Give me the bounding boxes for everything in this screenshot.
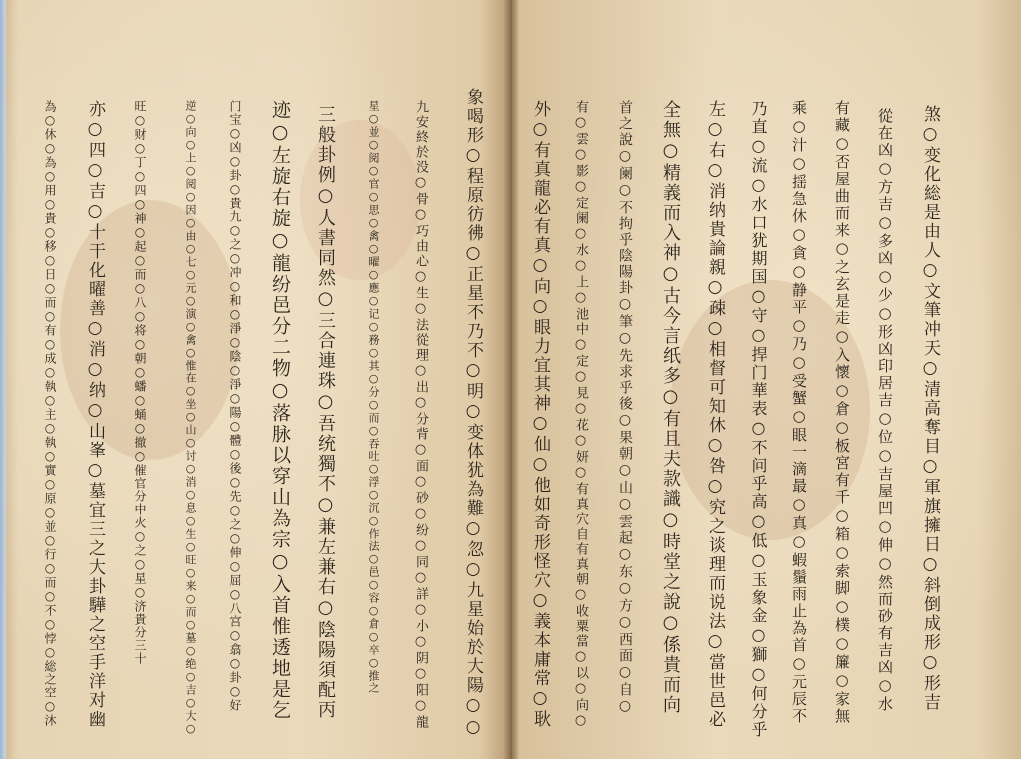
text-column: 逆○向○上○阅○因○由○七○元○演○禽○惟在○坐○山○讨○消○息○生○旺○来○而… (175, 100, 205, 736)
text-column: 乘○汁○揺急休○貪○静平○乃○受蟹○眼一滴最○真○蝦鬚雨止為首○元辰不 (784, 100, 814, 725)
right-page: 煞○变化総是由人○文筆冲天○清高奪目○軍旗擁日○斜倒成形○形吉 從在凶○方吉○多… (510, 0, 1021, 759)
text-column: 全無○精義而入神○古今言纸多○有且夫款識○時堂之說○係貴而向 (655, 100, 685, 715)
text-column: 迹○左旋右旋○龍纷邑分二物○落脉以穿山為宗○入首惟透地是乞 (265, 100, 295, 721)
text-column: 旺○财○丁○四○神○起○而○八○将○朝○蟠○蛹○撤○催官分中火○之○星○济貴分三… (125, 100, 155, 665)
text-column: 象喝形○程原彷彿○正星不乃不○明○变体犹為難○忽○九星始於大陽○○ (458, 88, 488, 739)
scan-edge (0, 0, 6, 759)
text-column: 星○並○阅○官○思○禽○曜○應○记○務○其○分○而○吞吐○浮○沉○作法○邑○容○… (358, 100, 388, 694)
text-column: 首之說○阑○不拘乎陰陽卦○筆○先求乎後○果朝○山○雲起○东○方○西面○自○ (610, 100, 640, 716)
left-page: 象喝形○程原彷彿○正星不乃不○明○变体犹為難○忽○九星始於大陽○○ 九安終於没○… (0, 0, 510, 759)
text-column: 九安終於没○骨○巧由心○生○法從理○出○分背○面○砂○纷○同○詳○小○阴○阳○龍 (405, 100, 435, 730)
book-gutter (503, 0, 519, 759)
text-column: 從在凶○方吉○多凶○少○形凶印居吉○位○吉屋凹○伸○然而砂有吉凶○水 (870, 108, 900, 713)
text-column: 三般卦例○人書同然○三合連珠○吾统獨不○兼左兼右○陰陽須配丙 (310, 105, 340, 720)
text-column: 煞○变化総是由人○文筆冲天○清高奪目○軍旗擁日○斜倒成形○形吉 (915, 105, 945, 712)
text-column: 门宝○凶○卦○貴九○之○冲○和○淨○陰○淨○陽○體○後○先○之○伸○屈○八宫○翕… (220, 100, 250, 712)
open-manuscript: 象喝形○程原彷彿○正星不乃不○明○变体犹為難○忽○九星始於大陽○○ 九安終於没○… (0, 0, 1021, 759)
text-column: 亦○四○吉○十干化曜善○消○纳○山峯○墓宜三之大卦驊之空手洋对幽 (80, 100, 110, 729)
text-column: 左○右○消纳貴論親○疎○相督可知休○咎○究之谈理而说法○當世邑必 (700, 100, 730, 729)
text-column: 外○有真龍必有真○向○眼力宜其神○仙○他如奇形怪穴○義本庸常○耿 (525, 100, 555, 729)
text-column: 有藏○否屋曲而来○之玄是走○入懷○倉○板宮有千○箱○索脚○樸○簾○家無 (827, 100, 857, 725)
text-column: 為○休○為○用○貴○移○日○而○有○成○執○主○執○實○原○並○行○而○不○悖○… (35, 100, 65, 727)
text-column: 乃直○流○水口犹期国○守○捍门華表○不问乎高○低○玉象金○獅○何分乎 (743, 100, 773, 739)
text-column: 有○雲○影○定阑○水○上○池中○定○見○花○妍○有真穴自有真朝○收粟當○以○向○ (565, 100, 595, 730)
